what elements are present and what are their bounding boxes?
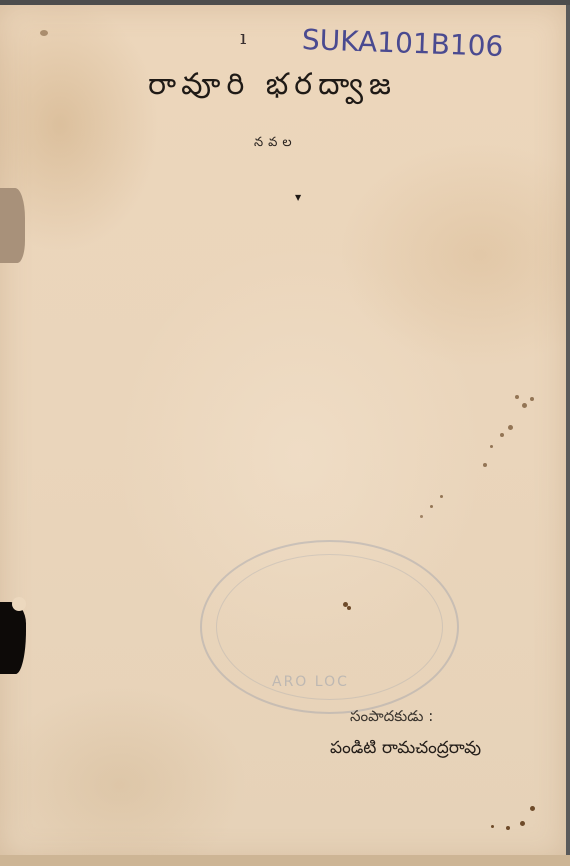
foxing-spot	[430, 505, 433, 508]
book-title-author: రావూరి భరద్వాజ	[148, 67, 397, 109]
handwritten-catalog-id: SUKA101B106	[301, 23, 503, 63]
page-hole	[0, 602, 26, 674]
foxing-spot	[483, 463, 487, 467]
book-genre: నవల	[254, 135, 297, 153]
foxing-spot	[440, 495, 443, 498]
library-stamp: ARO LOC	[200, 540, 459, 714]
foxing-spot	[515, 395, 519, 399]
foxing-spot	[520, 821, 525, 826]
foxing-spot	[530, 397, 534, 401]
library-stamp-text: ARO LOC	[272, 674, 349, 690]
torn-edge	[0, 188, 25, 263]
foxing-spot	[506, 826, 510, 830]
hole-edge	[12, 597, 26, 611]
foxing-spot	[420, 515, 423, 518]
editor-label: సంపాదకుడు :	[350, 707, 433, 729]
foxing-spot	[500, 433, 504, 437]
foxing-spot	[347, 606, 351, 610]
foxing-spot	[508, 425, 513, 430]
foxing-spot	[522, 403, 527, 408]
viewer-right-edge	[566, 5, 570, 860]
page-bottom-edge	[0, 855, 570, 866]
ornament-icon: ▼	[295, 193, 301, 202]
foxing-spot	[490, 445, 493, 448]
foxing-spot	[40, 30, 48, 36]
foxing-spot	[491, 825, 494, 828]
scanned-page: ı SUKA101B106 రావూరి భరద్వాజ నవల ▼ ARO L…	[0, 5, 566, 860]
handwritten-mark: ı	[240, 25, 246, 49]
editor-name: పండిటి రామచంద్రరావు	[330, 738, 481, 762]
foxing-spot	[530, 806, 535, 811]
